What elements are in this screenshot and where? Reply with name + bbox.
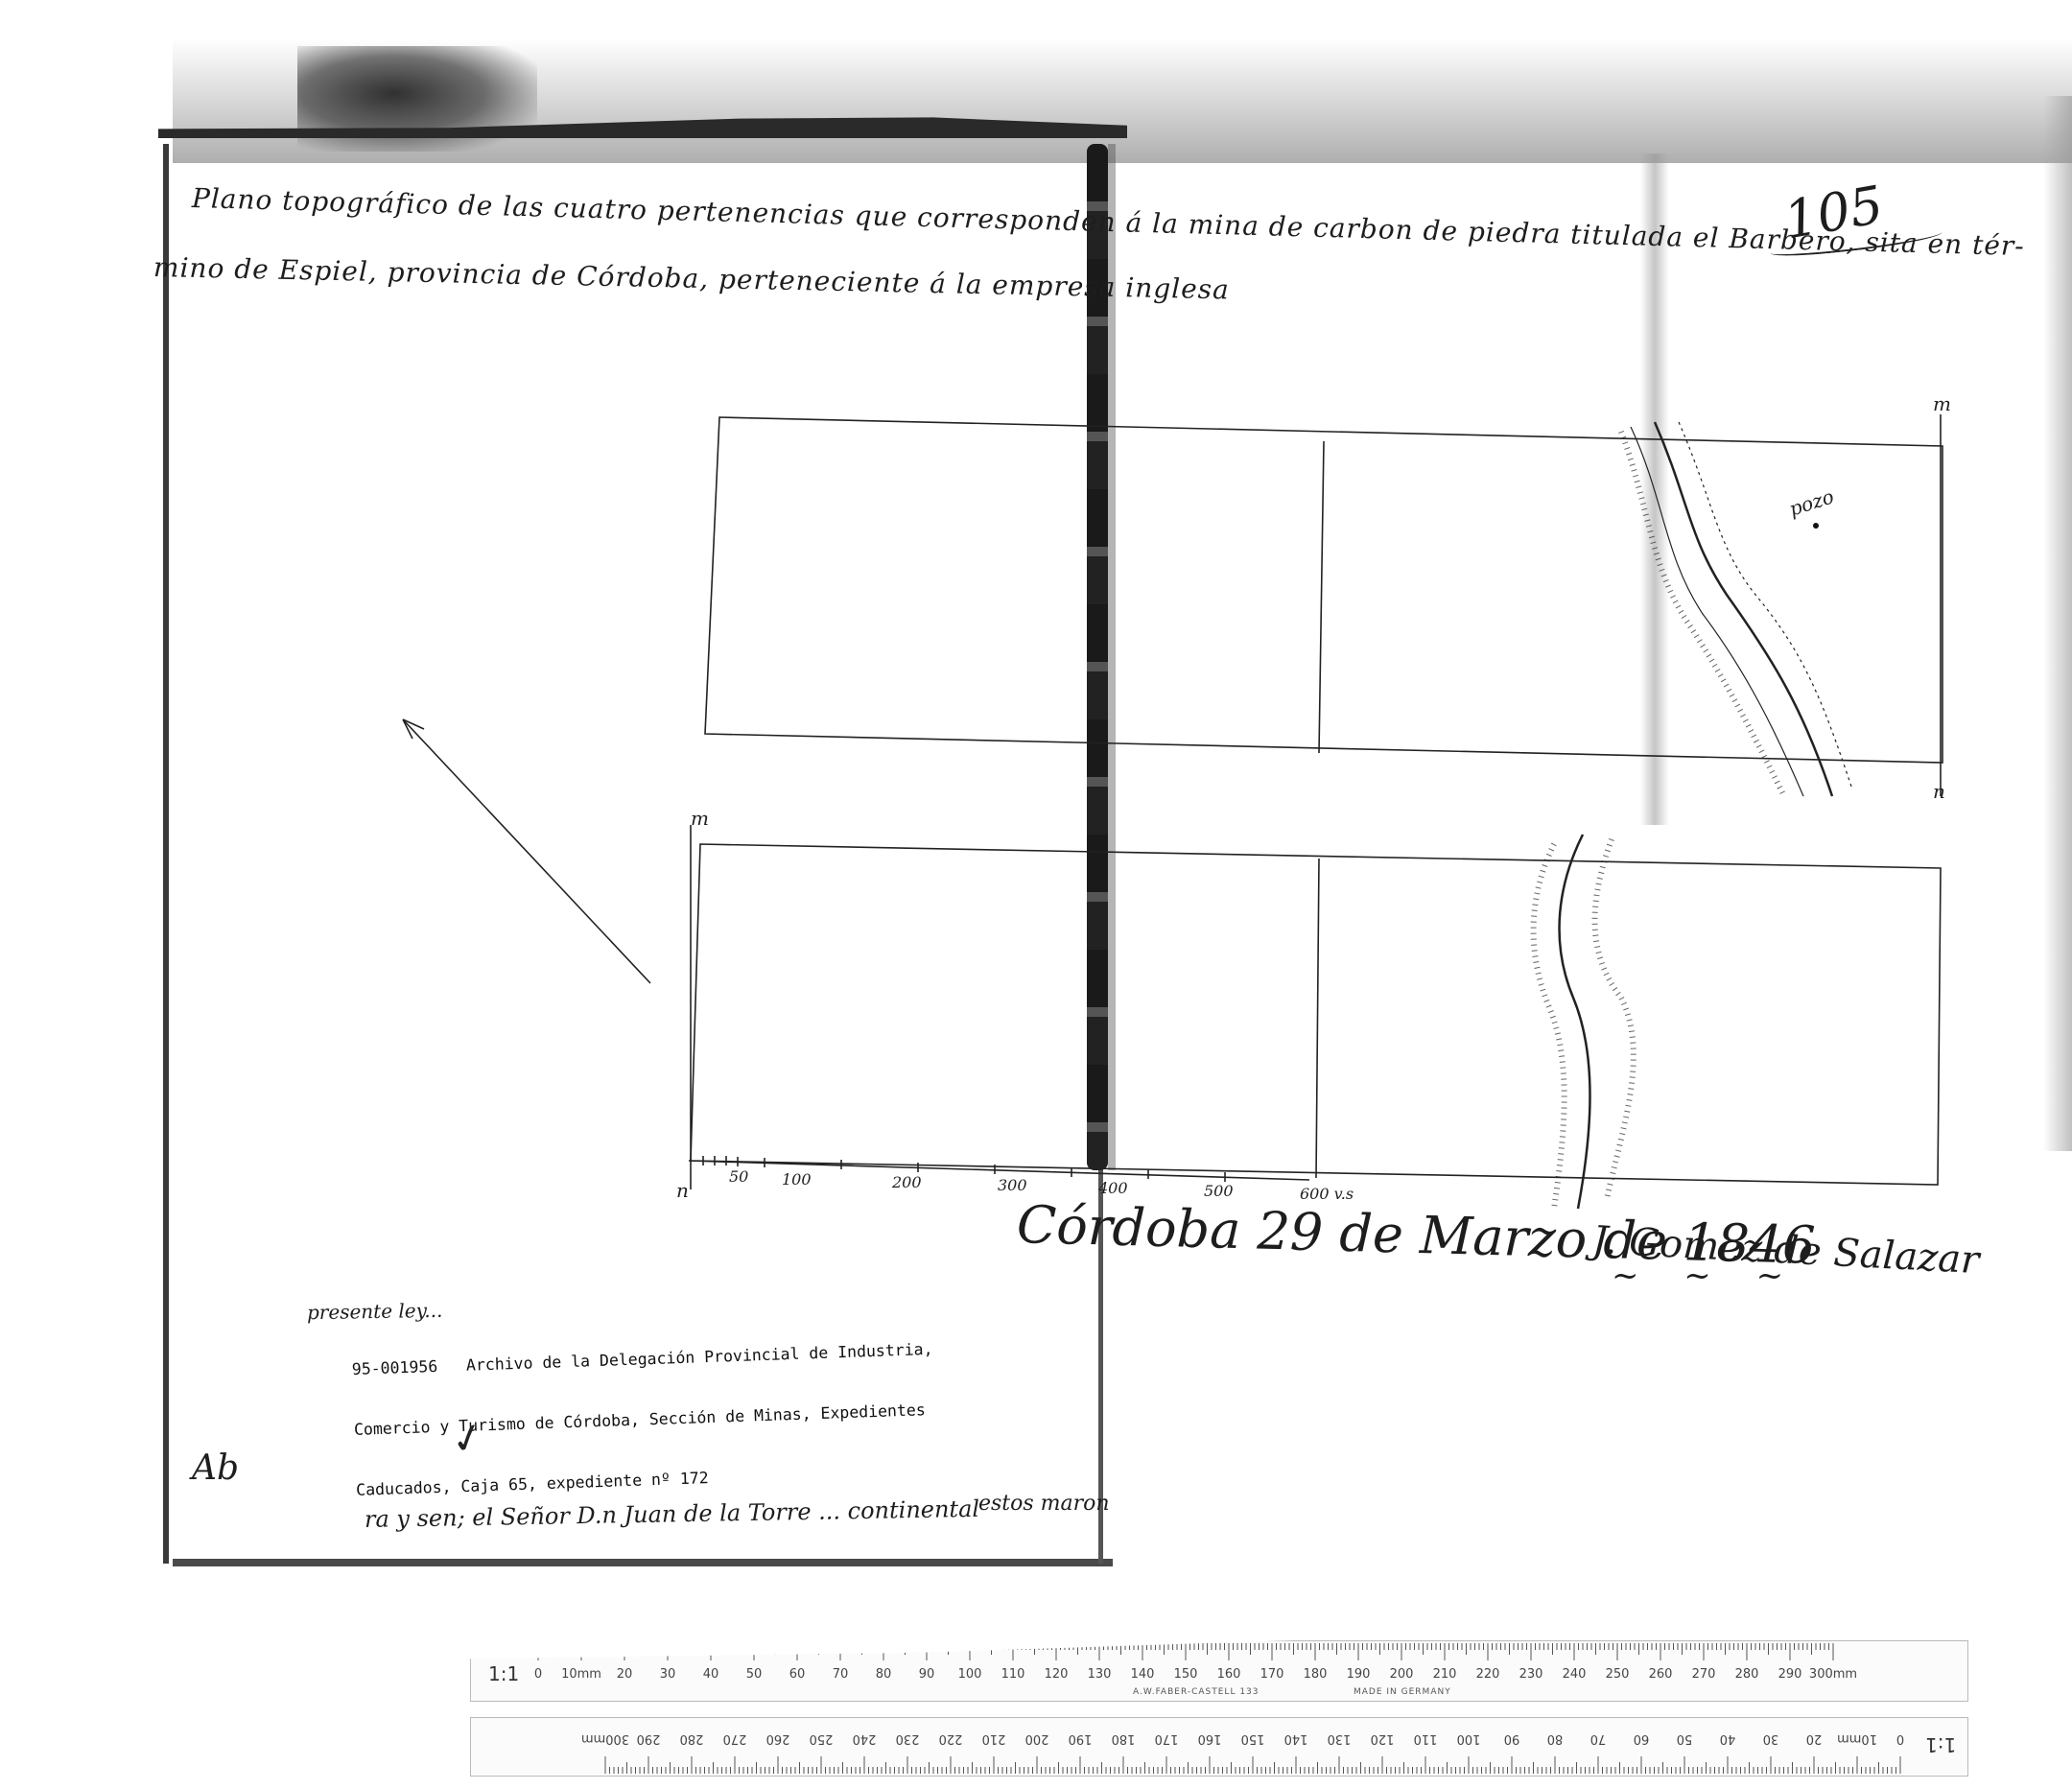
svg-text:270: 270 [723, 1731, 747, 1746]
svg-text:120: 120 [1045, 1667, 1069, 1682]
svg-text:40: 40 [703, 1667, 719, 1682]
svg-text:230: 230 [1519, 1667, 1543, 1682]
svg-text:240: 240 [853, 1731, 877, 1746]
scale-tick-300: 300 [998, 1176, 1027, 1194]
svg-text:140: 140 [1131, 1667, 1155, 1682]
svg-text:200: 200 [1025, 1731, 1049, 1746]
svg-text:60: 60 [789, 1667, 806, 1682]
svg-text:90: 90 [919, 1667, 935, 1682]
svg-text:210: 210 [1433, 1667, 1457, 1682]
svg-text:80: 80 [876, 1667, 892, 1682]
left-page-initials: Ab [192, 1448, 239, 1488]
scale-tick-400: 400 [1097, 1179, 1128, 1197]
svg-text:130: 130 [1088, 1667, 1112, 1682]
ruler-ticks-inverted: 010mm20304050607080901001101201301401501… [471, 1718, 1967, 1776]
svg-text:190: 190 [1069, 1731, 1093, 1746]
svg-text:180: 180 [1304, 1667, 1328, 1682]
svg-text:20: 20 [617, 1667, 633, 1682]
svg-text:10mm: 10mm [561, 1667, 601, 1682]
measuring-ruler-bottom: 010mm20304050607080901001101201301401501… [470, 1717, 1968, 1777]
svg-text:240: 240 [1563, 1667, 1587, 1682]
archive-stamp: 95-001956 Archivo de la Delegación Provi… [350, 1299, 938, 1520]
archive-stamp-line-3: Caducados, Caja 65, expediente nº 172 [356, 1460, 937, 1500]
scale-tick-50: 50 [729, 1167, 748, 1186]
svg-text:100: 100 [1457, 1731, 1481, 1746]
marker-n-upper: n [1933, 780, 1945, 803]
scale-unit-label: 600 v.s [1300, 1185, 1354, 1203]
ruler-origin: MADE IN GERMANY [1354, 1687, 1451, 1697]
svg-text:130: 130 [1328, 1731, 1352, 1746]
well-marker [1813, 523, 1819, 529]
lower-claims-outline [691, 844, 1941, 1185]
ruler-brand: A.W.FABER-CASTELL 133 [1133, 1687, 1260, 1697]
claim-grid [691, 414, 1942, 1189]
svg-text:250: 250 [1606, 1667, 1630, 1682]
svg-text:0: 0 [1896, 1731, 1904, 1746]
north-arrow-icon [403, 719, 650, 983]
archive-stamp-line-1: 95-001956 Archivo de la Delegación Provi… [351, 1339, 932, 1379]
lower-claims-divider [1316, 859, 1319, 1178]
scale-tick-500: 500 [1204, 1182, 1234, 1200]
well-label: pozo [1786, 484, 1837, 520]
svg-text:180: 180 [1112, 1731, 1136, 1746]
left-page-note-right: estos maron [978, 1492, 1110, 1516]
archive-stamp-line-2: Comercio y Turismo de Córdoba, Sección d… [354, 1400, 935, 1440]
svg-text:20: 20 [1806, 1731, 1823, 1746]
svg-text:30: 30 [660, 1667, 676, 1682]
ruler-scale-label-inverted: 1:1 [1925, 1733, 1956, 1756]
svg-text:80: 80 [1547, 1731, 1564, 1746]
svg-text:280: 280 [680, 1731, 704, 1746]
svg-text:70: 70 [833, 1667, 849, 1682]
svg-text:230: 230 [896, 1731, 920, 1746]
svg-text:290: 290 [1778, 1667, 1802, 1682]
svg-text:100: 100 [958, 1667, 982, 1682]
marker-n-lower: n [676, 1179, 689, 1202]
svg-text:260: 260 [1649, 1667, 1673, 1682]
svg-text:110: 110 [1414, 1731, 1438, 1746]
svg-text:170: 170 [1260, 1667, 1284, 1682]
svg-text:270: 270 [1692, 1667, 1716, 1682]
svg-text:60: 60 [1634, 1731, 1650, 1746]
svg-text:160: 160 [1217, 1667, 1241, 1682]
svg-text:290: 290 [637, 1731, 661, 1746]
svg-text:10mm: 10mm [1837, 1731, 1877, 1746]
svg-text:40: 40 [1720, 1731, 1736, 1746]
svg-text:220: 220 [939, 1731, 963, 1746]
scale-tick-200: 200 [891, 1173, 922, 1191]
svg-text:90: 90 [1504, 1731, 1520, 1746]
svg-text:150: 150 [1241, 1731, 1265, 1746]
svg-text:140: 140 [1284, 1731, 1308, 1746]
upper-claims-divider [1319, 441, 1324, 753]
svg-text:250: 250 [810, 1731, 834, 1746]
svg-text:220: 220 [1476, 1667, 1500, 1682]
svg-text:150: 150 [1174, 1667, 1198, 1682]
svg-text:70: 70 [1590, 1731, 1607, 1746]
svg-text:50: 50 [746, 1667, 763, 1682]
marker-m-upper: m [1933, 392, 1951, 415]
marker-m-lower: m [691, 807, 709, 830]
svg-text:30: 30 [1763, 1731, 1779, 1746]
svg-text:300mm: 300mm [1809, 1667, 1857, 1682]
svg-text:300mm: 300mm [581, 1731, 629, 1746]
svg-text:260: 260 [766, 1731, 790, 1746]
svg-text:280: 280 [1735, 1667, 1759, 1682]
svg-text:50: 50 [1677, 1731, 1693, 1746]
svg-text:190: 190 [1347, 1667, 1371, 1682]
svg-text:120: 120 [1371, 1731, 1395, 1746]
stream-lower [1534, 835, 1634, 1209]
svg-text:0: 0 [534, 1667, 542, 1682]
survey-plan-drawing: pozo m n m n 50 100 200 300 400 500 600 … [0, 0, 2072, 1789]
svg-text:170: 170 [1155, 1731, 1179, 1746]
svg-text:200: 200 [1390, 1667, 1414, 1682]
scale-tick-100: 100 [782, 1170, 812, 1189]
stream-upper [1621, 422, 1851, 796]
svg-text:210: 210 [982, 1731, 1006, 1746]
signature-rubric: ~ ~ ~ [1612, 1257, 1801, 1295]
svg-text:110: 110 [1001, 1667, 1025, 1682]
svg-text:160: 160 [1198, 1731, 1222, 1746]
